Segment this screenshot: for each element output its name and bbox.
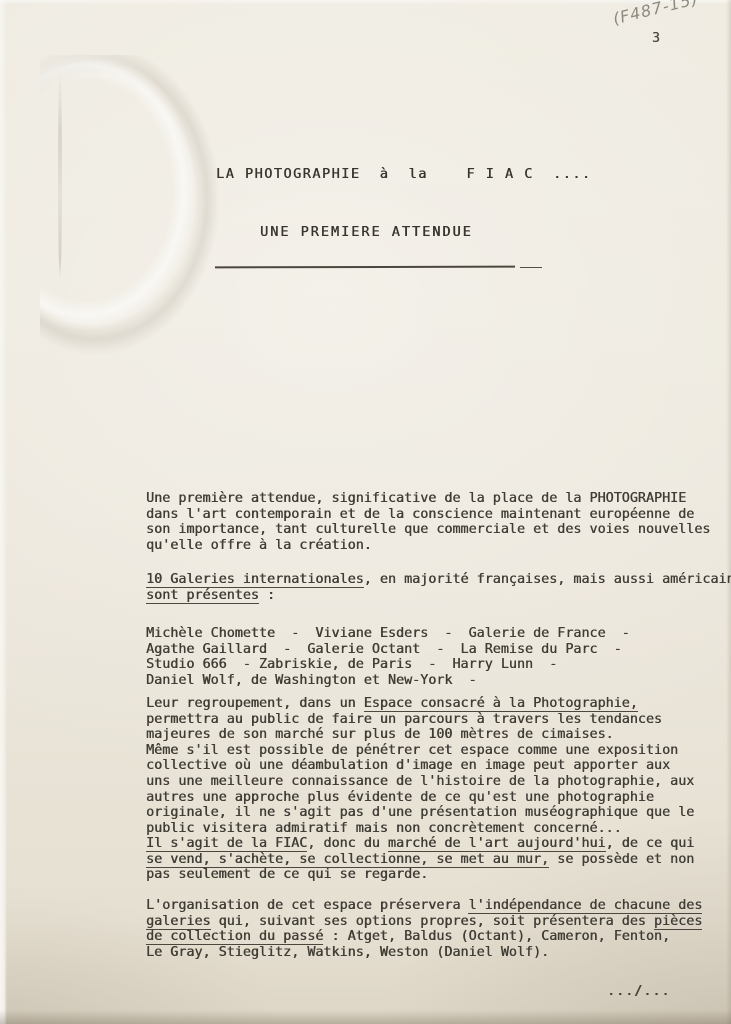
text-line: Daniel Wolf, de Washington et New-York - <box>146 673 712 689</box>
text-line: dans l'art contemporain et de la conscie… <box>146 507 712 523</box>
text-line: collective où une déambulation d'image e… <box>146 758 712 774</box>
text-line: Agathe Gaillard - Galerie Octant - La Re… <box>146 642 712 658</box>
scan-edge-top <box>0 0 731 4</box>
paper-crease-line <box>58 70 62 280</box>
continuation-mark: .../... <box>607 984 670 999</box>
text-line: galeries qui, suivant ses options propre… <box>146 914 712 930</box>
paragraph-organisation: L'organisation de cet espace préservera … <box>146 898 712 960</box>
text-line: L'organisation de cet espace préservera … <box>146 898 712 914</box>
title-rule-tail <box>520 267 542 269</box>
document-title: LA PHOTOGRAPHIE à la F I A C .... <box>216 166 591 182</box>
scan-edge-bottom <box>0 1010 731 1024</box>
text-line: Michèle Chomette - Viviane Esders - Gale… <box>146 626 712 642</box>
text-line: permettra au public de faire un parcours… <box>146 712 712 728</box>
text-line: public visitera admiratif mais non concr… <box>146 821 712 837</box>
scanned-document-page: (F487-15) 3 LA PHOTOGRAPHIE à la F I A C… <box>0 0 731 1024</box>
text-line: Leur regroupement, dans un Espace consac… <box>146 696 712 712</box>
title-rule <box>215 266 545 268</box>
paragraph-galleries-count: 10 Galeries internationales, en majorité… <box>146 572 712 603</box>
text-line: pas seulement de ce qui se regarde. <box>146 867 712 883</box>
text-line: sont présentes : <box>146 588 712 604</box>
text-line: Il s'agit de la FIAC, donc du marché de … <box>146 836 712 852</box>
page-number: 3 <box>652 31 660 46</box>
text-line: Studio 666 - Zabriskie, de Paris - Harry… <box>146 657 712 673</box>
text-line: Le Gray, Stieglitz, Watkins, Weston (Dan… <box>146 945 712 961</box>
text-line: qu'elle offre à la création. <box>146 538 712 554</box>
text-line: uns une meilleure connaissance de l'hist… <box>146 774 712 790</box>
text-line: se vend, s'achète, se collectionne, se m… <box>146 852 712 868</box>
paper-crease <box>40 55 290 355</box>
text-line: son importance, tant culturelle que comm… <box>146 522 712 538</box>
text-line: originale, il ne s'agit pas d'une présen… <box>146 805 712 821</box>
text-line: Même s'il est possible de pénétrer cet e… <box>146 743 712 759</box>
text-line: Une première attendue, significative de … <box>146 491 712 507</box>
title-rule-line <box>215 266 515 268</box>
paragraph-fiac-marche: Il s'agit de la FIAC, donc du marché de … <box>146 836 712 883</box>
pencil-annotation: (F487-15) <box>611 0 731 28</box>
text-line: 10 Galeries internationales, en majorité… <box>146 572 712 588</box>
scan-edge-left <box>0 0 7 1024</box>
scan-edge-right <box>726 0 731 1024</box>
paragraph-intro: Une première attendue, significative de … <box>146 491 712 553</box>
document-subtitle: UNE PREMIERE ATTENDUE <box>260 224 473 240</box>
text-line: autres une approche plus évidente de ce … <box>146 790 712 806</box>
paragraph-galleries-list: Michèle Chomette - Viviane Esders - Gale… <box>146 626 712 688</box>
text-line: majeures de son marché sur plus de 100 m… <box>146 727 712 743</box>
paragraph-espace-photographie: Leur regroupement, dans un Espace consac… <box>146 696 712 836</box>
text-line: de collection du passé : Atget, Baldus (… <box>146 929 712 945</box>
